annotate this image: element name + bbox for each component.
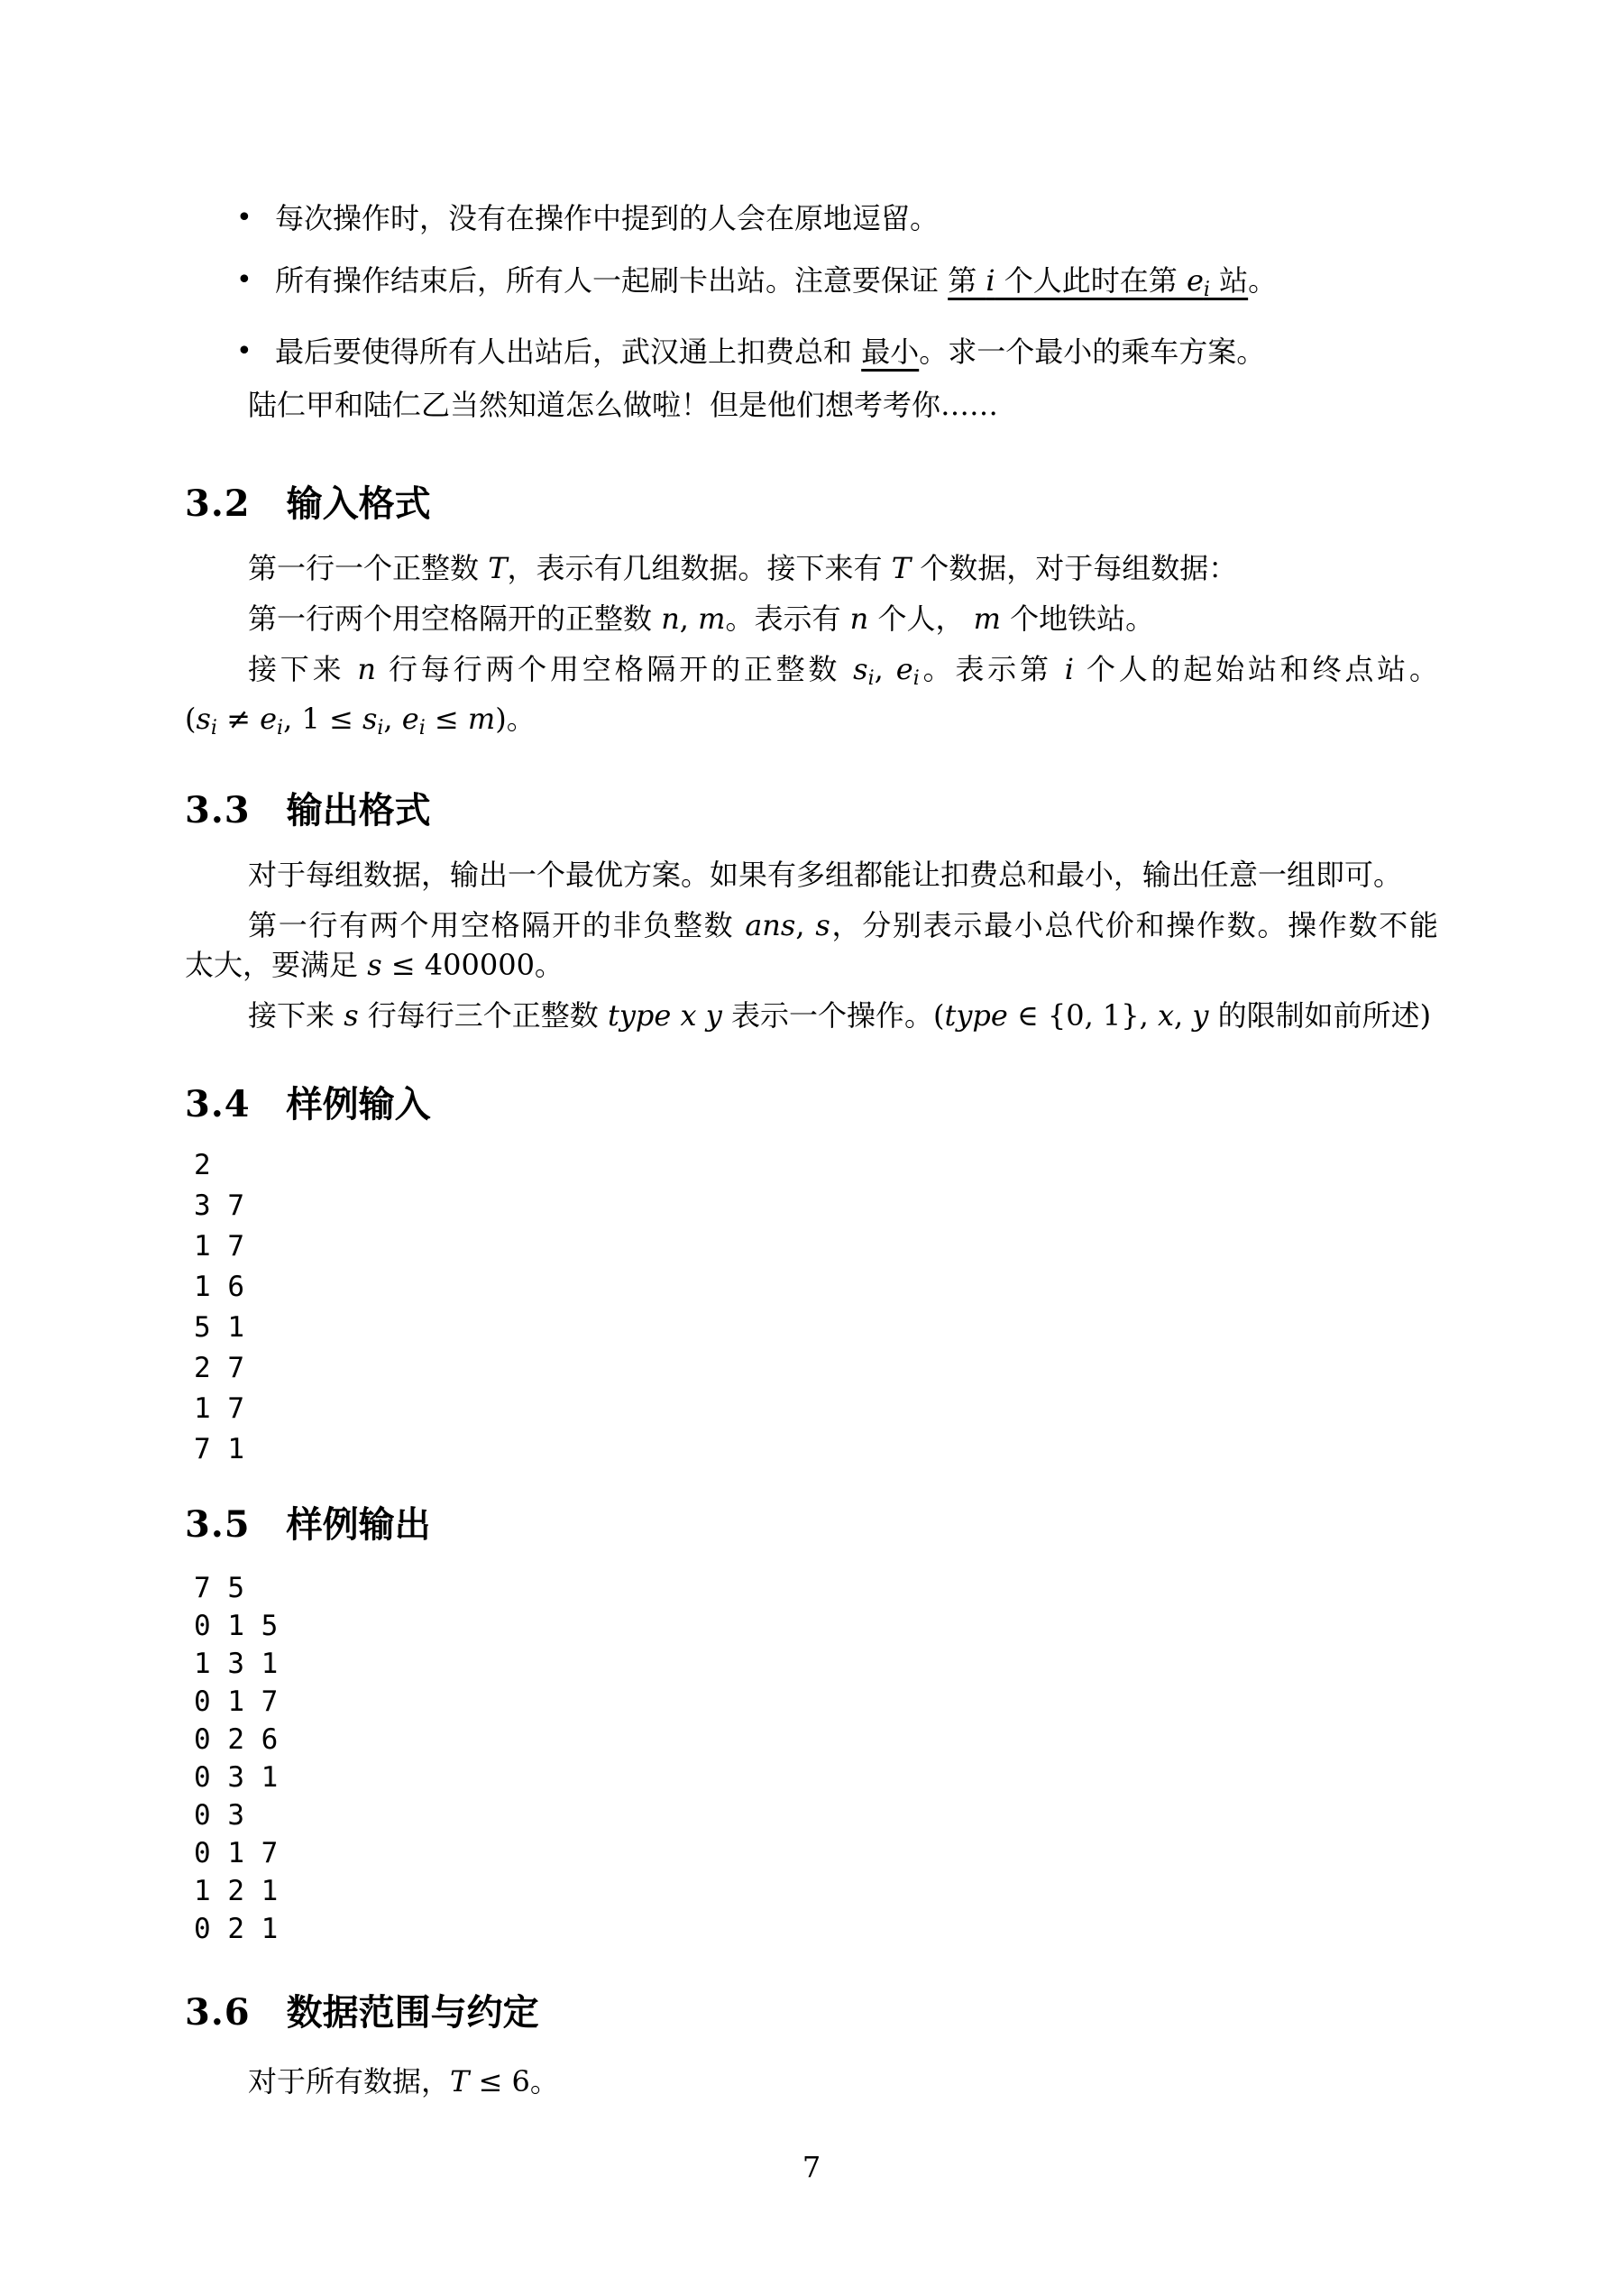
section-heading-data-range: 3.6数据范围与约定 [185, 1992, 539, 2034]
underlined-text: e [1187, 263, 1204, 298]
text-line: 对于所有数据，T ≤ 6。 [185, 2062, 1438, 2101]
text-segment: 接下来 [248, 998, 344, 1033]
underlined-text: 最小 [861, 335, 919, 369]
text-segment: type [608, 998, 671, 1033]
text-segment: ( [185, 702, 196, 736]
text-segment: 陆仁甲和陆仁乙当然知道怎么做啦！但是他们想考考你…… [248, 388, 998, 422]
section-number: 3.5 [185, 1503, 251, 1546]
text-segment: 最后要使得所有人出站后，武汉通上扣费总和 [275, 335, 861, 369]
section-heading-output-format: 3.3输出格式 [185, 790, 431, 831]
text-segment: 行每行三个正整数 [359, 998, 608, 1033]
text-segment: ≠ [217, 702, 260, 736]
output-format-body: 对于每组数据，输出一个最优方案。如果有多组都能让扣费总和最小，输出任意一组即可。… [185, 855, 1438, 1035]
bullet-item: • 最后要使得所有人出站后，武汉通上扣费总和 最小。求一个最小的乘车方案。 [185, 332, 1438, 372]
text-segment: y [706, 998, 722, 1033]
underlined-text: i [868, 667, 875, 690]
text-segment: ≤ 400000。 [382, 948, 564, 982]
text-line: 第一行一个正整数 T，表示有几组数据。接下来有 T 个数据，对于每组数据： [185, 548, 1438, 588]
bullet-text: 每次操作时，没有在操作中提到的人会在原地逗留。 [275, 201, 939, 235]
text-segment: , [1174, 998, 1192, 1033]
underlined-text: 个人此时在第 [995, 263, 1187, 298]
text-segment: 行每行两个用空格隔开的正整数 [376, 652, 853, 686]
text-segment: e [896, 652, 913, 686]
text-segment: 。求一个最小的乘车方案。 [919, 335, 1265, 369]
text-segment: m [974, 602, 1001, 636]
code-line: 2 [194, 1145, 244, 1186]
underlined-text: i [1204, 279, 1210, 301]
text-segment: 。 [1248, 263, 1277, 298]
text-line: 对于每组数据，输出一个最优方案。如果有多组都能让扣费总和最小，输出任意一组即可。 [185, 855, 1438, 895]
bullet-icon: • [236, 331, 252, 372]
text-segment: m [468, 702, 495, 736]
code-line: 1 7 [194, 1226, 244, 1267]
code-line: 0 2 6 [194, 1721, 278, 1759]
intro-paragraph: 陆仁甲和陆仁乙当然知道怎么做啦！但是他们想考考你…… [185, 385, 1438, 425]
text-segment: 每次操作时，没有在操作中提到的人会在原地逗留。 [275, 201, 939, 235]
text-segment: n [357, 652, 376, 686]
text-segment: m [698, 602, 725, 636]
code-line: 7 1 [194, 1429, 244, 1470]
text-segment: 。表示有 [725, 602, 849, 636]
text-segment: 个数据，对于每组数据： [911, 551, 1237, 585]
code-line: 0 2 1 [194, 1910, 278, 1948]
code-line: 0 1 5 [194, 1607, 278, 1645]
section-title: 输入格式 [287, 482, 431, 525]
code-line: 0 3 1 [194, 1759, 278, 1796]
text-segment: s [344, 998, 358, 1033]
text-segment: ∈ {0, 1}, [1008, 998, 1158, 1033]
text-segment: 对于每组数据，输出一个最优方案。如果有多组都能让扣费总和最小，输出任意一组即可。 [248, 858, 1402, 892]
sample-input-code: 23 71 71 65 12 71 77 1 [194, 1145, 244, 1470]
section-number: 3.4 [185, 1083, 251, 1125]
underlined-text: i [419, 717, 426, 739]
section-number: 3.6 [185, 1991, 251, 2034]
underlined-text: i [986, 263, 995, 298]
text-segment: 个人的起始站和终点站。 [1074, 652, 1438, 686]
section-heading-sample-output: 3.5样例输出 [185, 1504, 431, 1546]
text-segment: x [681, 998, 697, 1033]
text-segment: )。 [495, 702, 536, 736]
text-segment: , 1 ≤ [283, 702, 362, 736]
section-heading-input-format: 3.2输入格式 [185, 483, 431, 525]
text-segment: , [383, 702, 401, 736]
section-title: 数据范围与约定 [287, 1991, 539, 2034]
code-line: 0 1 7 [194, 1834, 278, 1872]
bullet-list: • 每次操作时，没有在操作中提到的人会在原地逗留。 • 所有操作结束后，所有人一… [185, 198, 1438, 372]
text-segment: 个人， [868, 602, 973, 636]
text-segment [671, 998, 680, 1033]
text-line: 太大，要满足 s ≤ 400000。 [185, 945, 1438, 985]
section-number: 3.3 [185, 789, 251, 831]
document-page: • 每次操作时，没有在操作中提到的人会在原地逗留。 • 所有操作结束后，所有人一… [0, 0, 1623, 2296]
text-segment: 接下来 [248, 652, 357, 686]
bullet-icon: • [236, 260, 252, 300]
text-segment: 的限制如前所述) [1208, 998, 1431, 1033]
text-segment: 所有操作结束后，所有人一起刷卡出站。注意要保证 [275, 263, 948, 298]
bullet-text: 所有操作结束后，所有人一起刷卡出站。注意要保证 第 i 个人此时在第 ei 站。 [275, 263, 1277, 298]
text-segment: s [362, 702, 377, 736]
text-line: (si ≠ ei, 1 ≤ si, ei ≤ m)。 [185, 699, 1438, 748]
data-range-body: 对于所有数据，T ≤ 6。 [185, 2062, 1438, 2101]
text-segment: type [944, 998, 1007, 1033]
text-segment: 。表示第 [920, 652, 1065, 686]
code-line: 2 7 [194, 1348, 244, 1389]
input-format-body: 第一行一个正整数 T，表示有几组数据。接下来有 T 个数据，对于每组数据：第一行… [185, 548, 1438, 748]
text-segment: ，表示有几组数据。接下来有 [508, 551, 892, 585]
text-segment: 第一行两个用空格隔开的正整数 [248, 602, 661, 636]
text-segment: e [260, 702, 277, 736]
text-segment: 对于所有数据， [248, 2064, 450, 2099]
underlined-text: i [913, 667, 920, 690]
text-segment: , [875, 652, 896, 686]
code-line: 1 6 [194, 1267, 244, 1308]
text-segment: n [850, 602, 869, 636]
bullet-text: 最后要使得所有人出站后，武汉通上扣费总和 最小。求一个最小的乘车方案。 [275, 335, 1265, 369]
text-segment: 第一行一个正整数 [248, 551, 488, 585]
text-line: 接下来 n 行每行两个用空格隔开的正整数 si, ei。表示第 i 个人的起始站… [185, 649, 1438, 699]
text-segment: 太大，要满足 [185, 948, 367, 982]
text-segment: y [1192, 998, 1208, 1033]
text-segment: T [892, 551, 911, 585]
text-segment: ≤ 6。 [469, 2064, 559, 2099]
text-segment: i [1065, 652, 1074, 686]
underlined-text: 第 [948, 263, 986, 298]
text-line: 第一行有两个用空格隔开的非负整数 ans, s，分别表示最小总代价和操作数。操作… [185, 905, 1438, 945]
text-segment: T [450, 2064, 469, 2099]
underlined-text: i [211, 717, 217, 739]
text-segment: T [488, 551, 507, 585]
code-line: 1 3 1 [194, 1645, 278, 1683]
text-segment: ans [745, 908, 795, 942]
code-line: 7 5 [194, 1569, 278, 1607]
text-line: 接下来 s 行每行三个正整数 type x y 表示一个操作。(type ∈ {… [185, 996, 1438, 1035]
section-heading-sample-input: 3.4样例输入 [185, 1084, 431, 1125]
bullet-icon: • [236, 197, 252, 238]
text-segment: , [795, 908, 815, 942]
text-segment: x [1158, 998, 1174, 1033]
text-line: 第一行两个用空格隔开的正整数 n, m。表示有 n 个人， m 个地铁站。 [185, 599, 1438, 638]
bullet-item: • 每次操作时，没有在操作中提到的人会在原地逗留。 [185, 198, 1438, 239]
text-segment: n [661, 602, 680, 636]
text-line: 陆仁甲和陆仁乙当然知道怎么做啦！但是他们想考考你…… [185, 385, 1438, 425]
page-number: 7 [0, 2150, 1623, 2184]
text-segment: 表示一个操作。( [722, 998, 945, 1033]
code-line: 3 7 [194, 1186, 244, 1226]
text-segment: 第一行有两个用空格隔开的非负整数 [248, 908, 745, 942]
code-line: 0 3 [194, 1796, 278, 1834]
sample-output-code: 7 50 1 51 3 10 1 70 2 60 3 10 30 1 71 2 … [194, 1569, 278, 1948]
underlined-text: 站 [1210, 263, 1248, 298]
code-line: 1 7 [194, 1389, 244, 1429]
section-title: 样例输出 [287, 1503, 431, 1546]
section-title: 输出格式 [287, 789, 431, 831]
text-segment: s [196, 702, 210, 736]
section-number: 3.2 [185, 482, 251, 525]
text-segment: ≤ [426, 702, 468, 736]
text-segment: s [853, 652, 867, 686]
text-segment: ，分别表示最小总代价和操作数。操作数不能 [830, 908, 1438, 942]
section-title: 样例输入 [287, 1083, 431, 1125]
text-segment: s [367, 948, 381, 982]
code-line: 1 2 1 [194, 1872, 278, 1910]
code-line: 0 1 7 [194, 1683, 278, 1721]
text-segment: , [680, 602, 698, 636]
text-segment [697, 998, 706, 1033]
bullet-item: • 所有操作结束后，所有人一起刷卡出站。注意要保证 第 i 个人此时在第 ei … [185, 261, 1438, 310]
code-line: 5 1 [194, 1308, 244, 1348]
text-segment: s [815, 908, 830, 942]
text-segment: 个地铁站。 [1001, 602, 1154, 636]
text-segment: e [402, 702, 419, 736]
